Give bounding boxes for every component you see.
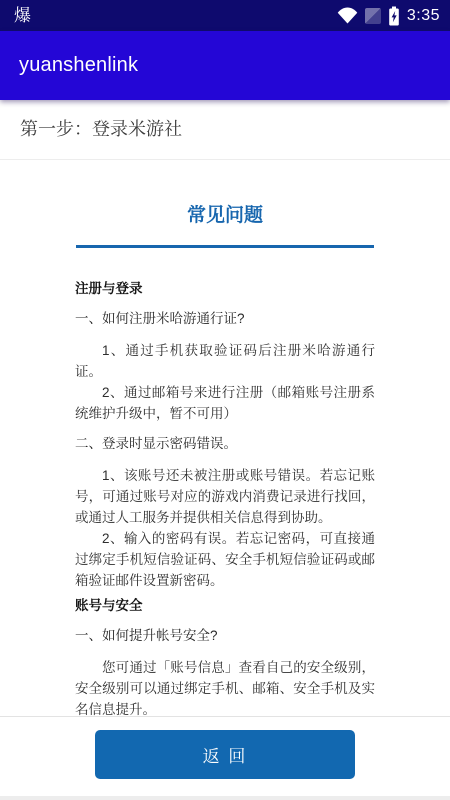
cellular-signal-icon (365, 8, 381, 24)
battery-charging-icon (388, 6, 400, 26)
faq-answer: 2、通过邮箱号来进行注册（邮箱账号注册系统维护升级中，暂不可用） (75, 382, 375, 424)
step-header: 第一步：登录米游社 (0, 100, 450, 160)
faq-section-title: 账号与安全 (75, 595, 375, 616)
notification-icon: 爆 (14, 7, 31, 24)
faq-question: 二、登录时显示密码错误。 (75, 433, 375, 454)
wifi-icon (337, 7, 358, 24)
back-button[interactable]: 返 回 (95, 730, 355, 779)
faq-answer: 1、通过手机获取验证码后注册米哈游通行证。 (75, 340, 375, 382)
faq-body: 注册与登录 一、如何注册米哈游通行证? 1、通过手机获取验证码后注册米哈游通行证… (0, 248, 450, 716)
faq-section-title: 注册与登录 (75, 278, 375, 299)
faq-question: 一、如何提升帐号安全? (75, 625, 375, 646)
bottom-bar: 返 回 (0, 716, 450, 800)
faq-question: 一、如何注册米哈游通行证? (75, 308, 375, 329)
faq-answer: 2、输入的密码有误。若忘记密码，可直接通过绑定手机短信验证码、安全手机短信验证码… (75, 528, 375, 591)
bottom-edge-divider (0, 796, 450, 800)
status-bar-right: 3:35 (337, 6, 440, 26)
faq-answer: 1、该账号还未被注册或账号错误。若忘记账号，可通过账号对应的游戏内消费记录进行找… (75, 465, 375, 528)
faq-title: 常见问题 (0, 161, 450, 229)
status-bar: 爆 3:35 (0, 0, 450, 31)
faq-answer: 您可通过「账号信息」查看自己的安全级别，安全级别可以通过绑定手机、邮箱、安全手机… (75, 657, 375, 716)
app-title: yuanshenlink (19, 54, 138, 77)
app-bar: yuanshenlink (0, 31, 450, 100)
faq-scroll-area[interactable]: 常见问题 注册与登录 一、如何注册米哈游通行证? 1、通过手机获取验证码后注册米… (0, 161, 450, 716)
status-time: 3:35 (407, 7, 440, 25)
app-screen: 爆 3:35 yuanshenlink 第一步：登录米游社 常见问题 注册与登录… (0, 0, 450, 800)
step-header-text: 第一步：登录米游社 (20, 117, 430, 142)
